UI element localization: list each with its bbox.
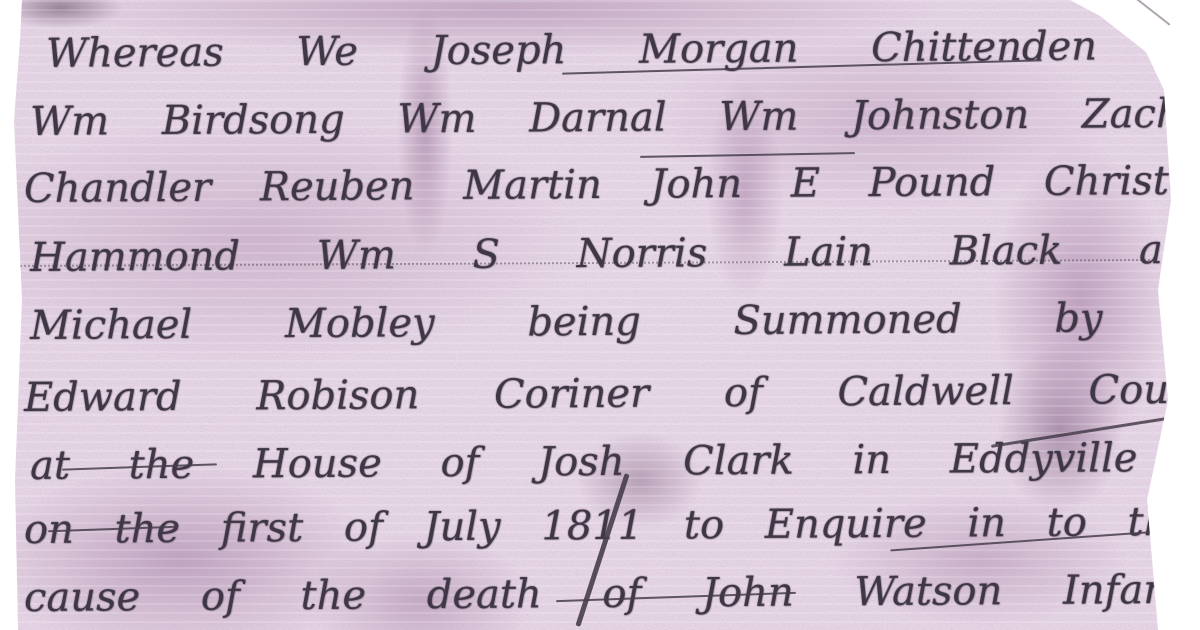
paper-sheet: Whereas We Joseph Morgan Chittenden Lyon… xyxy=(0,0,1200,630)
crease-mark-top-right xyxy=(1124,0,1171,26)
handwritten-line-7: at the House of Josh Clark in Eddyville xyxy=(0,438,1190,486)
handwritten-line-4: Hammond Wm S Norris Lain Black and xyxy=(0,230,1190,278)
scanned-document: Whereas We Joseph Morgan Chittenden Lyon… xyxy=(0,0,1200,630)
handwriting-layer: Whereas We Joseph Morgan Chittenden Lyon… xyxy=(0,0,1200,630)
handwritten-line-3: Chandler Reuben Martin John E Pound Chri… xyxy=(0,161,1190,209)
handwritten-line-5: Michael Mobley being Summoned by xyxy=(0,298,1190,346)
handwritten-line-1: Whereas We Joseph Morgan Chittenden Lyon xyxy=(0,26,1190,74)
handwritten-line-6: Edward Robison Coriner of Caldwell Count… xyxy=(0,370,1190,418)
handwritten-line-2: Wm Birdsong Wm Darnal Wm Johnston Zachar… xyxy=(0,94,1190,142)
